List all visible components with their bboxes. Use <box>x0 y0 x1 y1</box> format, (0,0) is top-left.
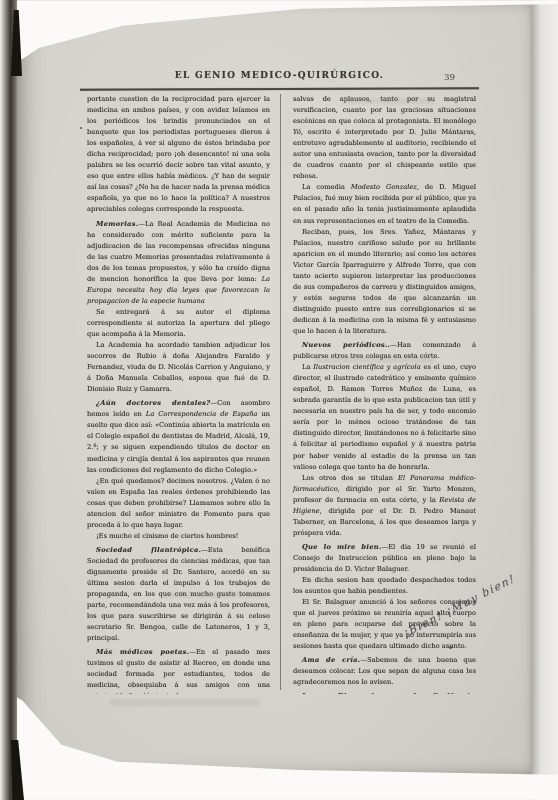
text-segment: Reciban, pues, los Sres. Yañez, Mántaras… <box>293 228 476 335</box>
text-segment: portante cuestion de la reciprocidad par… <box>87 95 270 213</box>
section-heading: Sociedad filantrópica. <box>96 546 201 554</box>
paragraph: ¡Es mucho el cinismo de ciertos hombres! <box>87 531 270 542</box>
text-segment: , dirigida por el Dr. D. Pedro Manaut Ta… <box>293 507 476 537</box>
text-segment: La comedia <box>302 183 351 191</box>
paragraph: Ama de cría.—Sabemos de una buena que de… <box>293 655 476 688</box>
paragraph: Los otros dos se titulan El Panorama méd… <box>293 473 476 539</box>
ink-speck <box>449 646 452 649</box>
paragraph: La Ilustracion científica y agrícola es … <box>293 362 476 472</box>
text-segment: , escrito é interpretado por D. Julio Má… <box>293 128 476 180</box>
page-surface: EL GENIO MEDICO-QUIRÚRGICO. 39 portante … <box>14 0 534 776</box>
showthrough-ghost <box>344 98 434 104</box>
header-rule <box>80 87 479 90</box>
text-segment: ¡Es mucho el cinismo de ciertos hombres! <box>96 532 238 540</box>
section-heading: ¿Aún doctores dentales? <box>96 399 210 407</box>
text-segment: —La Real Academia de Medicina no ha cons… <box>87 220 270 283</box>
text-segment: La Academia ha acordado tambien adjudica… <box>87 341 270 393</box>
scan-right-margin <box>531 0 558 800</box>
page-number: 39 <box>444 73 455 83</box>
section-heading: Que lo mire bien. <box>302 543 382 551</box>
text-segment: Ilustracion científica y agrícola <box>313 363 420 371</box>
text-segment: Se entregará á su autor el diploma corre… <box>87 308 270 338</box>
scanned-document: EL GENIO MEDICO-QUIRÚRGICO. 39 portante … <box>0 0 558 800</box>
text-segment: La <box>302 363 313 371</box>
column-divider <box>280 94 281 690</box>
journal-title: EL GENIO MEDICO-QUIRÚRGICO. <box>80 71 479 81</box>
paragraph: En dicha sesion han quedado despachados … <box>293 575 476 597</box>
text-segment: Modesto Gonzalez <box>351 183 417 191</box>
page-header: EL GENIO MEDICO-QUIRÚRGICO. 39 <box>80 71 479 87</box>
paragraph: portante cuestion de la reciprocidad par… <box>87 94 270 216</box>
paragraph: Memorias.—La Real Academia de Medicina n… <box>87 219 270 307</box>
paragraph: La comedia Modesto Gonzalez, de D. Migue… <box>293 182 476 226</box>
paragraph: La Academia ha acordado tambien adjudica… <box>87 340 270 395</box>
paragraph: ¿Aún doctores dentales?—Con asombro hemo… <box>87 398 270 475</box>
section-heading: Nuevos periódicos.. <box>302 341 390 349</box>
showthrough-ghost <box>314 357 434 363</box>
column-left: portante cuestion de la reciprocidad par… <box>87 94 270 694</box>
text-segment: La Correspondencia de España <box>146 410 258 418</box>
section-heading: Ama de cría. <box>302 656 360 664</box>
showthrough-ghost <box>110 699 260 706</box>
ink-speck <box>80 127 82 129</box>
paragraph: Reciban, pues, los Sres. Yañez, Mántaras… <box>293 227 476 337</box>
paragraph: Lo que Dios quiere guardar.—En Vigo ha f… <box>293 691 476 694</box>
paragraph: Se entregará á su autor el diploma corre… <box>87 307 270 340</box>
text-segment: un suelto que dice así: «Continúa abiert… <box>87 410 270 473</box>
book-binding <box>0 0 17 800</box>
paragraph: ¿En qué quedamos? decimos nosotros. ¿Val… <box>87 476 270 531</box>
text-segment: Los otros dos se titulan <box>302 474 398 482</box>
section-heading: Memorias. <box>96 220 138 228</box>
paragraph: Que lo mire bien.—El dia 19 se reunió el… <box>293 542 476 575</box>
section-heading: Lo que Dios quiere guardar. <box>302 692 427 694</box>
showthrough-ghost <box>164 592 264 598</box>
paragraph: salvas de aplausos, tanto por su magistr… <box>293 94 476 182</box>
paragraph: Más médicos poetas.—En el pasado mes tuv… <box>87 647 270 694</box>
section-heading: Más médicos poetas. <box>96 648 189 656</box>
text-segment: es el uno, cuyo director, el ilustrado c… <box>293 363 476 470</box>
text-segment: En dicha sesion han quedado despachados … <box>293 576 476 595</box>
text-segment: Yó <box>293 128 301 136</box>
text-segment: ¿En qué quedamos? decimos nosotros. ¿Val… <box>87 477 270 529</box>
text-columns: portante cuestion de la reciprocidad par… <box>87 94 479 694</box>
